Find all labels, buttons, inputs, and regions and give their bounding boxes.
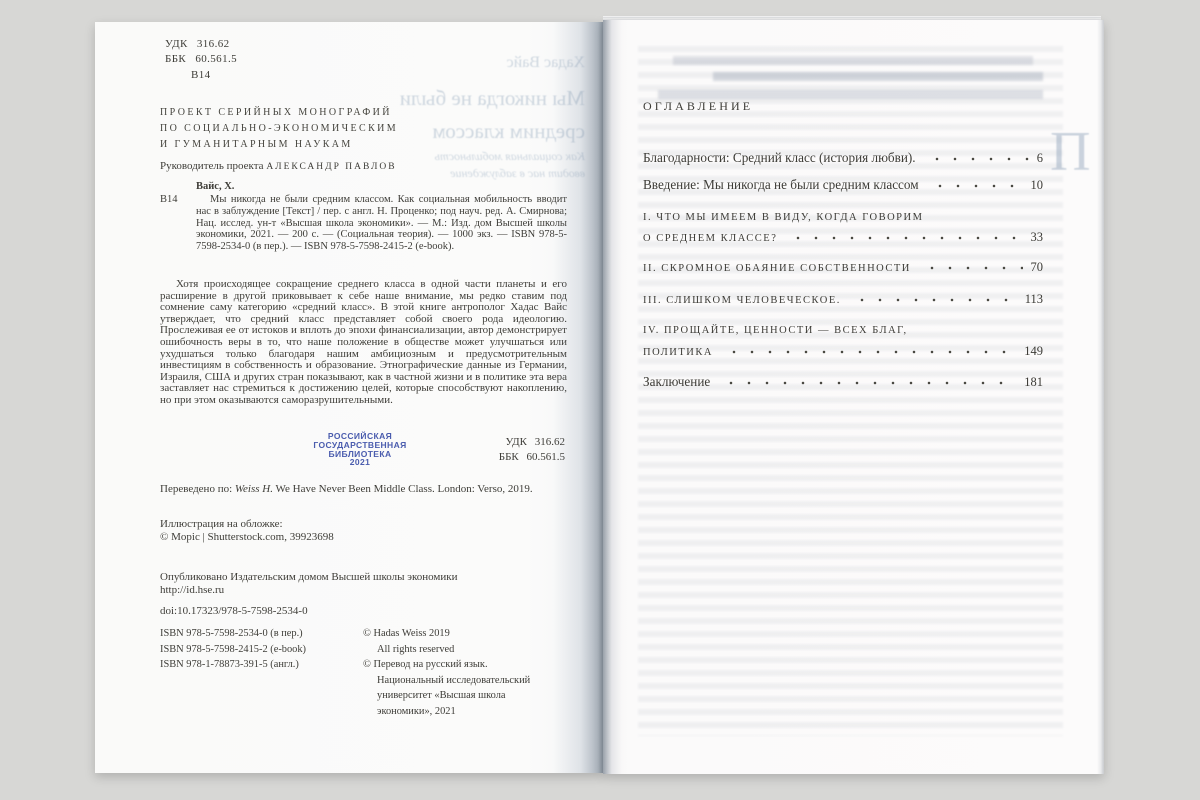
translated-rest: We Have Never Been Middle Class. London:… [273, 483, 533, 495]
book-spread: Хадас Вайс Мы никогда не были средним кл… [0, 0, 1200, 800]
ghost-subtitle-line: Как социальная мобильность [375, 148, 585, 165]
ghost-subtitle-line: вводит нас в заблуждение [375, 165, 585, 182]
dot-leader [920, 323, 1035, 333]
bib-author-code: В14 [160, 194, 178, 206]
overleaf-bleedthrough-line [673, 56, 1033, 65]
toc-entry-label: Благодарности: Средний класс (история лю… [643, 150, 916, 166]
toc-page-number: 149 [1024, 344, 1043, 359]
cover-illustration-credit: Иллюстрация на обложке: © Mopic | Shutte… [160, 518, 334, 544]
doi: doi:10.17323/978-5-7598-2534-0 [160, 605, 308, 618]
toc-entry-chapter1-line1: I. ЧТО МЫ ИМЕЕМ В ВИДУ, КОГДА ГОВОРИМ [643, 210, 1043, 223]
copyright-russian: © Перевод на русский язык. Национальный … [363, 657, 587, 720]
bbk-number: ББК 60.561.5 [165, 53, 237, 65]
toc-entry-label: IV. ПРОЩАЙТЕ, ЦЕННОСТИ — ВСЕХ БЛАГ, [643, 325, 908, 336]
translated-from: Переведено по: Weiss H. We Have Never Be… [160, 483, 572, 496]
toc-entry-label: II. СКРОМНОЕ ОБАЯНИЕ СОБСТВЕННОСТИ [643, 263, 911, 274]
bibliographic-entry: В14 Мы никогда не были средним классом. … [160, 194, 567, 253]
dot-leader [853, 293, 1017, 303]
dot-leader [928, 152, 1029, 162]
copyright-english: © Hadas Weiss 2019 All rights reserved [363, 626, 577, 657]
toc-entry-conclusion: Заключение181 [643, 374, 1043, 390]
ghost-author: Хадас Вайс [375, 54, 585, 72]
original-author: Weiss H. [235, 483, 273, 495]
series-project-line: ПО СОЦИАЛЬНО-ЭКОНОМИЧЕСКИМ [160, 123, 398, 134]
toc-entry-chapter4-line2: ПОЛИТИКА149 [643, 344, 1043, 359]
series-project-line: ПРОЕКТ СЕРИЙНЫХ МОНОГРАФИЙ [160, 107, 392, 118]
bib-author: Вайс, Х. [196, 181, 234, 192]
title-page-bleedthrough: Хадас Вайс Мы никогда не были средним кл… [375, 54, 585, 182]
toc-entry-label: Введение: Мы никогда не были средним кла… [643, 177, 919, 193]
author-code: В14 [191, 69, 211, 81]
imprint-page: Хадас Вайс Мы никогда не были средним кл… [95, 22, 603, 773]
dot-leader [722, 376, 1016, 386]
annotation-paragraph: Хотя происходящее сокращение среднего кл… [160, 279, 567, 407]
ghost-dropcap: П [1050, 124, 1090, 180]
toc-entry-label: I. ЧТО МЫ ИМЕЕМ В ВИДУ, КОГДА ГОВОРИМ [643, 212, 923, 223]
toc-page-number: 113 [1025, 292, 1043, 307]
toc-page-number: 70 [1031, 260, 1044, 275]
toc-page-number: 33 [1031, 230, 1044, 245]
dot-leader [923, 261, 1023, 271]
toc-entry-label: Заключение [643, 374, 710, 390]
toc-heading: ОГЛАВЛЕНИЕ [643, 99, 753, 114]
toc-entry-chapter1-line2: О СРЕДНЕМ КЛАССЕ?33 [643, 230, 1043, 245]
toc-page: П ОГЛАВЛЕНИЕ Благодарности: Средний клас… [603, 20, 1104, 774]
isbn-list: ISBN 978-5-7598-2534-0 (в пер.) ISBN 978… [160, 626, 306, 673]
toc-entry-acknowledgements: Благодарности: Средний класс (история лю… [643, 150, 1043, 166]
toc-entry-label: О СРЕДНЕМ КЛАССЕ? [643, 233, 777, 244]
bib-description: Мы никогда не были средним классом. Как … [196, 194, 567, 253]
toc-page-number: 10 [1031, 178, 1044, 193]
toc-entry-chapter3: III. СЛИШКОМ ЧЕЛОВЕЧЕСКОЕ.113 [643, 292, 1043, 307]
toc-entry-introduction: Введение: Мы никогда не были средним кла… [643, 177, 1043, 193]
toc-page-number: 181 [1024, 375, 1043, 390]
toc-entry-label: ПОЛИТИКА [643, 347, 713, 358]
ghost-title-line: средним классом [375, 115, 585, 148]
toc-page-number: 6 [1037, 151, 1043, 166]
dot-leader [935, 210, 1035, 220]
project-lead: Руководитель проекта АЛЕКСАНДР ПАВЛОВ [160, 156, 397, 174]
translated-prefix: Переведено по: [160, 483, 235, 495]
publisher-note: Опубликовано Издательским домом Высшей ш… [160, 571, 458, 597]
udk-number: УДК 316.62 [165, 38, 230, 50]
dot-leader [931, 179, 1023, 189]
project-lead-prefix: Руководитель проекта [160, 160, 266, 172]
project-lead-name: АЛЕКСАНДР ПАВЛОВ [266, 162, 396, 172]
overleaf-bleedthrough-line [713, 72, 1043, 81]
overleaf-bleedthrough-line [658, 90, 1043, 99]
ghost-title-line: Мы никогда не были [375, 82, 585, 115]
toc-entry-chapter2: II. СКРОМНОЕ ОБАЯНИЕ СОБСТВЕННОСТИ70 [643, 260, 1043, 275]
dot-leader [725, 345, 1016, 355]
toc-entry-chapter4-line1: IV. ПРОЩАЙТЕ, ЦЕННОСТИ — ВСЕХ БЛАГ, [643, 323, 1043, 336]
udk-bbk-bottom: УДК 316.62 ББК 60.561.5 [367, 435, 565, 465]
dot-leader [789, 231, 1022, 241]
series-project-line: И ГУМАНИТАРНЫМ НАУКАМ [160, 139, 353, 150]
toc-entry-label: III. СЛИШКОМ ЧЕЛОВЕЧЕСКОЕ. [643, 295, 841, 306]
